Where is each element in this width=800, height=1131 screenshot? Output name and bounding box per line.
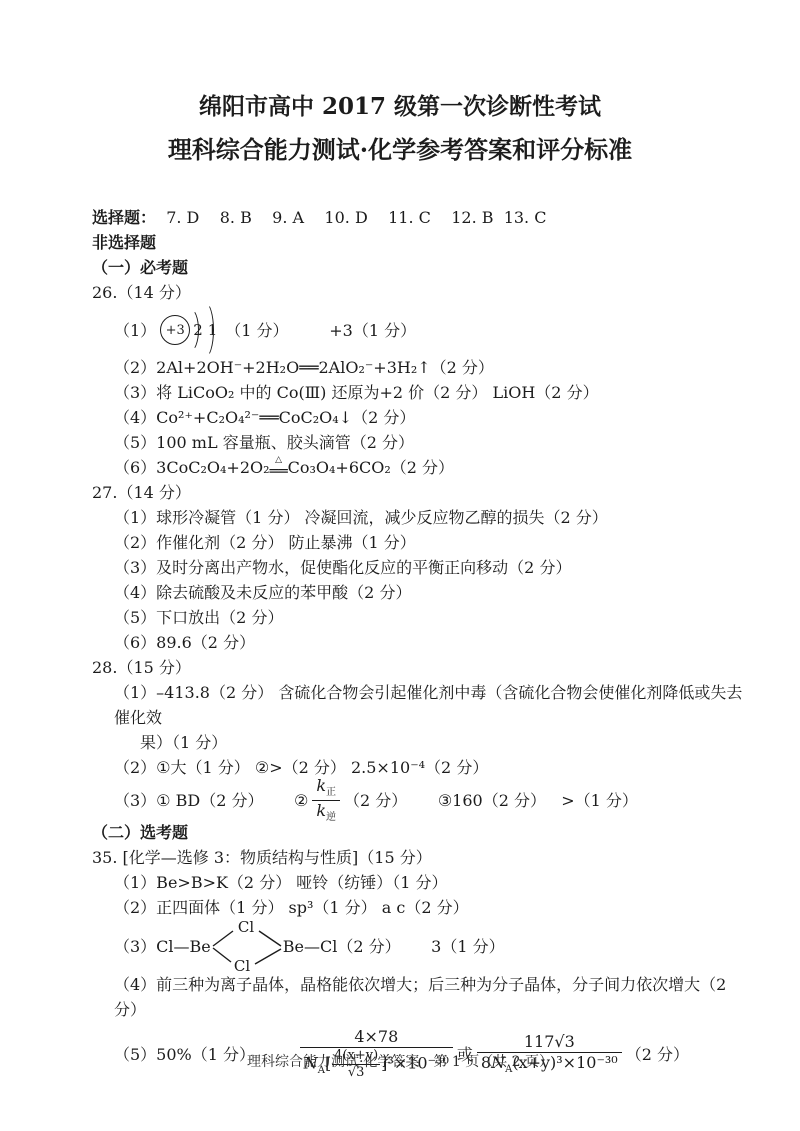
q26-item1-score: （1 分） bbox=[225, 318, 288, 343]
fraction-numerator: 117√3 bbox=[477, 1032, 622, 1053]
choice-answers: 7. D 8. B 9. A 10. D 11. C 12. B 13. C bbox=[156, 208, 546, 227]
q27-item4: （4）除去硫酸及未反应的苯甲酸（2 分） bbox=[114, 580, 744, 605]
choice-answers-line: 选择题： 7. D 8. B 9. A 10. D 11. C 12. B 13… bbox=[92, 205, 744, 230]
section-required: （一）必考题 bbox=[92, 255, 744, 280]
q27-item6: （6）89.6（2 分） bbox=[114, 630, 744, 655]
q28-item1-line1: （1）–413.8（2 分） 含硫化合物会引起催化剂中毒（含硫化合物会使催化剂降… bbox=[114, 680, 744, 730]
q35-item2: （2）正四面体（1 分） sp³（1 分） a c（2 分） bbox=[114, 895, 744, 920]
document-header: 绵阳市高中 2017 级第一次诊断性考试 理科综合能力测试·化学参考答案和评分标… bbox=[0, 0, 800, 174]
q35-item3: （3）Cl—BeClClBe—Cl（2 分） 3（1 分） bbox=[114, 920, 744, 972]
bridge-top-cl: Cl bbox=[238, 920, 254, 936]
bridge-bottom-cl: Cl bbox=[234, 957, 250, 972]
page-title: 绵阳市高中 2017 级第一次诊断性考试 bbox=[0, 88, 800, 126]
rate-constant-fraction: k正k逆 bbox=[312, 776, 340, 824]
q28-item1-line2: 果）（1 分） bbox=[140, 730, 744, 755]
q35-item3-right: Be—Cl bbox=[283, 934, 338, 959]
fraction-numerator: k正 bbox=[312, 776, 340, 801]
q27-item3: （3）及时分离出产物水，促使酯化反应的平衡正向移动（2 分） bbox=[114, 555, 744, 580]
q27-item5: （5）下口放出（2 分） bbox=[114, 605, 744, 630]
shell2-electrons: 1 bbox=[208, 318, 218, 343]
q35-item3-score: （2 分） bbox=[337, 934, 400, 959]
fraction-numerator: 4×78 bbox=[300, 1027, 453, 1048]
choice-label: 选择题： bbox=[92, 208, 156, 227]
q27-header: 27.（14 分） bbox=[92, 480, 744, 505]
q28-header: 28.（15 分） bbox=[92, 655, 744, 680]
q35-item1: （1）Be>B>K（2 分） 哑铃（纺锤）（1 分） bbox=[114, 870, 744, 895]
page-subtitle: 理科综合能力测试·化学参考答案和评分标准 bbox=[0, 126, 800, 174]
q27-item2: （2）作催化剂（2 分） 防止暴沸（1 分） bbox=[114, 530, 744, 555]
q26-item5: （5）100 mL 容量瓶、胶头滴管（2 分） bbox=[114, 430, 744, 455]
equals-sign: ══ bbox=[270, 465, 288, 477]
q28-item3-post: （2 分） ③160（2 分） >（1 分） bbox=[344, 788, 638, 813]
q26-item1: （1）+321（1 分） +3（1 分） bbox=[114, 305, 744, 355]
q28-item3-pre: （3）① BD（2 分） ② bbox=[114, 788, 308, 813]
q26-item1-pre: （1） bbox=[114, 318, 156, 343]
section-elective: （二）选考题 bbox=[92, 820, 744, 845]
section-non-choice: 非选择题 bbox=[92, 230, 744, 255]
q26-item2: （2）2Al+2OH⁻+2H₂O══2AlO₂⁻+3H₂↑（2 分） bbox=[114, 355, 744, 380]
q35-item3-pre: （3）Cl—Be bbox=[114, 934, 211, 959]
q35-header: 35. [化学—选修 3：物质结构与性质]（15 分） bbox=[92, 845, 744, 870]
q26-item1-post: +3（1 分） bbox=[289, 318, 417, 343]
delta-over-equals: △══ bbox=[270, 456, 288, 477]
q28-item3: （3）① BD（2 分） ②k正k逆（2 分） ③160（2 分） >（1 分） bbox=[114, 780, 744, 820]
q26-item3: （3）将 LiCoO₂ 中的 Co(Ⅲ) 还原为+2 价（2 分） LiOH（2… bbox=[114, 380, 744, 405]
q26-item4: （4）Co²⁺+C₂O₄²⁻══CoC₂O₄↓（2 分） bbox=[114, 405, 744, 430]
q35-item4: （4）前三种为离子晶体，晶格能依次增大；后三种为分子晶体，分子间力依次增大（2 … bbox=[114, 972, 744, 1022]
q35-item3-post: 3（1 分） bbox=[401, 934, 505, 959]
q26-item6: （6）3CoC₂O₄+2O₂△══Co₃O₄+6CO₂（2 分） bbox=[114, 455, 744, 480]
page-footer: 理科综合能力测试·化学答案 第 1 页（共 2 页） bbox=[0, 1051, 800, 1071]
q27-item1: （1）球形冷凝管（1 分） 冷凝回流，减少反应物乙醇的损失（2 分） bbox=[114, 505, 744, 530]
fraction-denominator: k逆 bbox=[312, 801, 340, 825]
q26-item6-pre: （6）3CoC₂O₄+2O₂ bbox=[114, 458, 270, 477]
q26-item6-post: Co₃O₄+6CO₂（2 分） bbox=[288, 458, 454, 477]
atomic-structure-diagram: +321 bbox=[160, 302, 217, 358]
q28-item2: （2）①大（1 分） ②>（2 分） 2.5×10⁻⁴（2 分） bbox=[114, 755, 744, 780]
document-body: 选择题： 7. D 8. B 9. A 10. D 11. C 12. B 13… bbox=[0, 205, 800, 1086]
becl2-bridge-structure-diagram: ClCl bbox=[211, 920, 283, 972]
